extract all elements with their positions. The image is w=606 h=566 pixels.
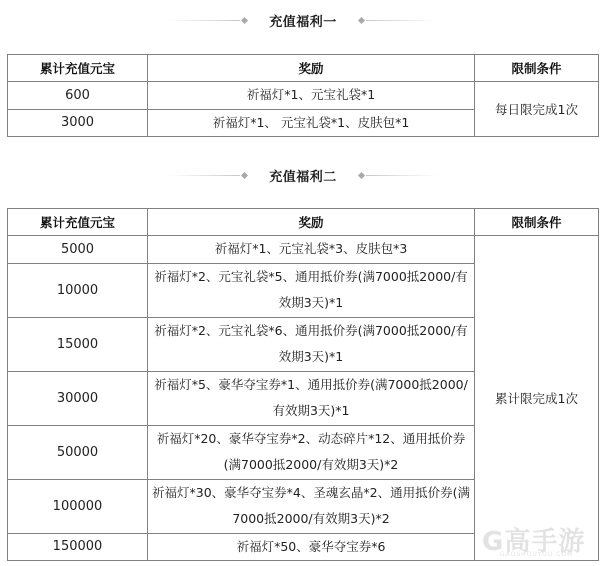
reward-cell: 祈福灯*50、豪华夺宝券*6	[148, 533, 475, 561]
amount-cell: 30000	[8, 371, 148, 425]
divider-dot-icon	[241, 171, 248, 178]
header-amount: 累计充值元宝	[8, 209, 148, 236]
recharge-benefit-table-1: 累计充值元宝 奖励 限制条件 600 祈福灯*1、元宝礼袋*1 每日限完成1次 …	[7, 54, 599, 137]
divider-line-right	[366, 20, 438, 21]
amount-cell: 50000	[8, 425, 148, 479]
recharge-benefit-table-2: 累计充值元宝 奖励 限制条件 5000 祈福灯*1、元宝礼袋*3、皮肤包*3 累…	[7, 208, 599, 561]
table-header-row: 累计充值元宝 奖励 限制条件	[8, 209, 599, 236]
reward-cell: 祈福灯*20、豪华夺宝券*2、动态碎片*12、通用抵价券(满7000抵2000/…	[148, 425, 475, 479]
amount-cell: 5000	[8, 236, 148, 264]
reward-cell: 祈福灯*5、豪华夺宝券*1、通用抵价券(满7000抵2000/有效期3天)*1	[148, 371, 475, 425]
amount-cell: 600	[8, 82, 148, 110]
table-row: 600 祈福灯*1、元宝礼袋*1 每日限完成1次	[8, 82, 599, 110]
amount-cell: 150000	[8, 533, 148, 561]
section-title-text: 充值福利一	[269, 11, 337, 30]
divider-dot-icon	[358, 16, 365, 23]
header-limit: 限制条件	[475, 55, 599, 82]
divider-line-left	[168, 175, 240, 176]
limit-cell: 每日限完成1次	[475, 82, 599, 137]
reward-cell: 祈福灯*2、元宝礼袋*6、通用抵价券(满7000抵2000/有效期3天)*1	[148, 317, 475, 371]
reward-cell: 祈福灯*1、元宝礼袋*3、皮肤包*3	[148, 236, 475, 264]
section-title-2: 充值福利二	[0, 164, 606, 186]
reward-cell: 祈福灯*1、元宝礼袋*1	[148, 82, 475, 110]
divider-line-left	[168, 20, 240, 21]
table-row: 5000 祈福灯*1、元宝礼袋*3、皮肤包*3 累计限完成1次	[8, 236, 599, 264]
amount-cell: 10000	[8, 263, 148, 317]
amount-cell: 15000	[8, 317, 148, 371]
header-amount: 累计充值元宝	[8, 55, 148, 82]
reward-cell: 祈福灯*30、豪华夺宝券*4、圣魂玄晶*2、通用抵价券(满7000抵2000/有…	[148, 479, 475, 533]
header-reward: 奖励	[148, 55, 475, 82]
divider-dot-icon	[241, 16, 248, 23]
reward-cell: 祈福灯*1、 元宝礼袋*1、皮肤包*1	[148, 109, 475, 137]
header-reward: 奖励	[148, 209, 475, 236]
divider-line-right	[366, 175, 438, 176]
section-title-1: 充值福利一	[0, 9, 606, 31]
header-limit: 限制条件	[475, 209, 599, 236]
limit-cell: 累计限完成1次	[475, 236, 599, 561]
divider-dot-icon	[358, 171, 365, 178]
amount-cell: 3000	[8, 109, 148, 137]
reward-cell: 祈福灯*2、元宝礼袋*5、通用抵价券(满7000抵2000/有效期3天)*1	[148, 263, 475, 317]
amount-cell: 100000	[8, 479, 148, 533]
table-header-row: 累计充值元宝 奖励 限制条件	[8, 55, 599, 82]
section-title-text: 充值福利二	[269, 166, 337, 185]
